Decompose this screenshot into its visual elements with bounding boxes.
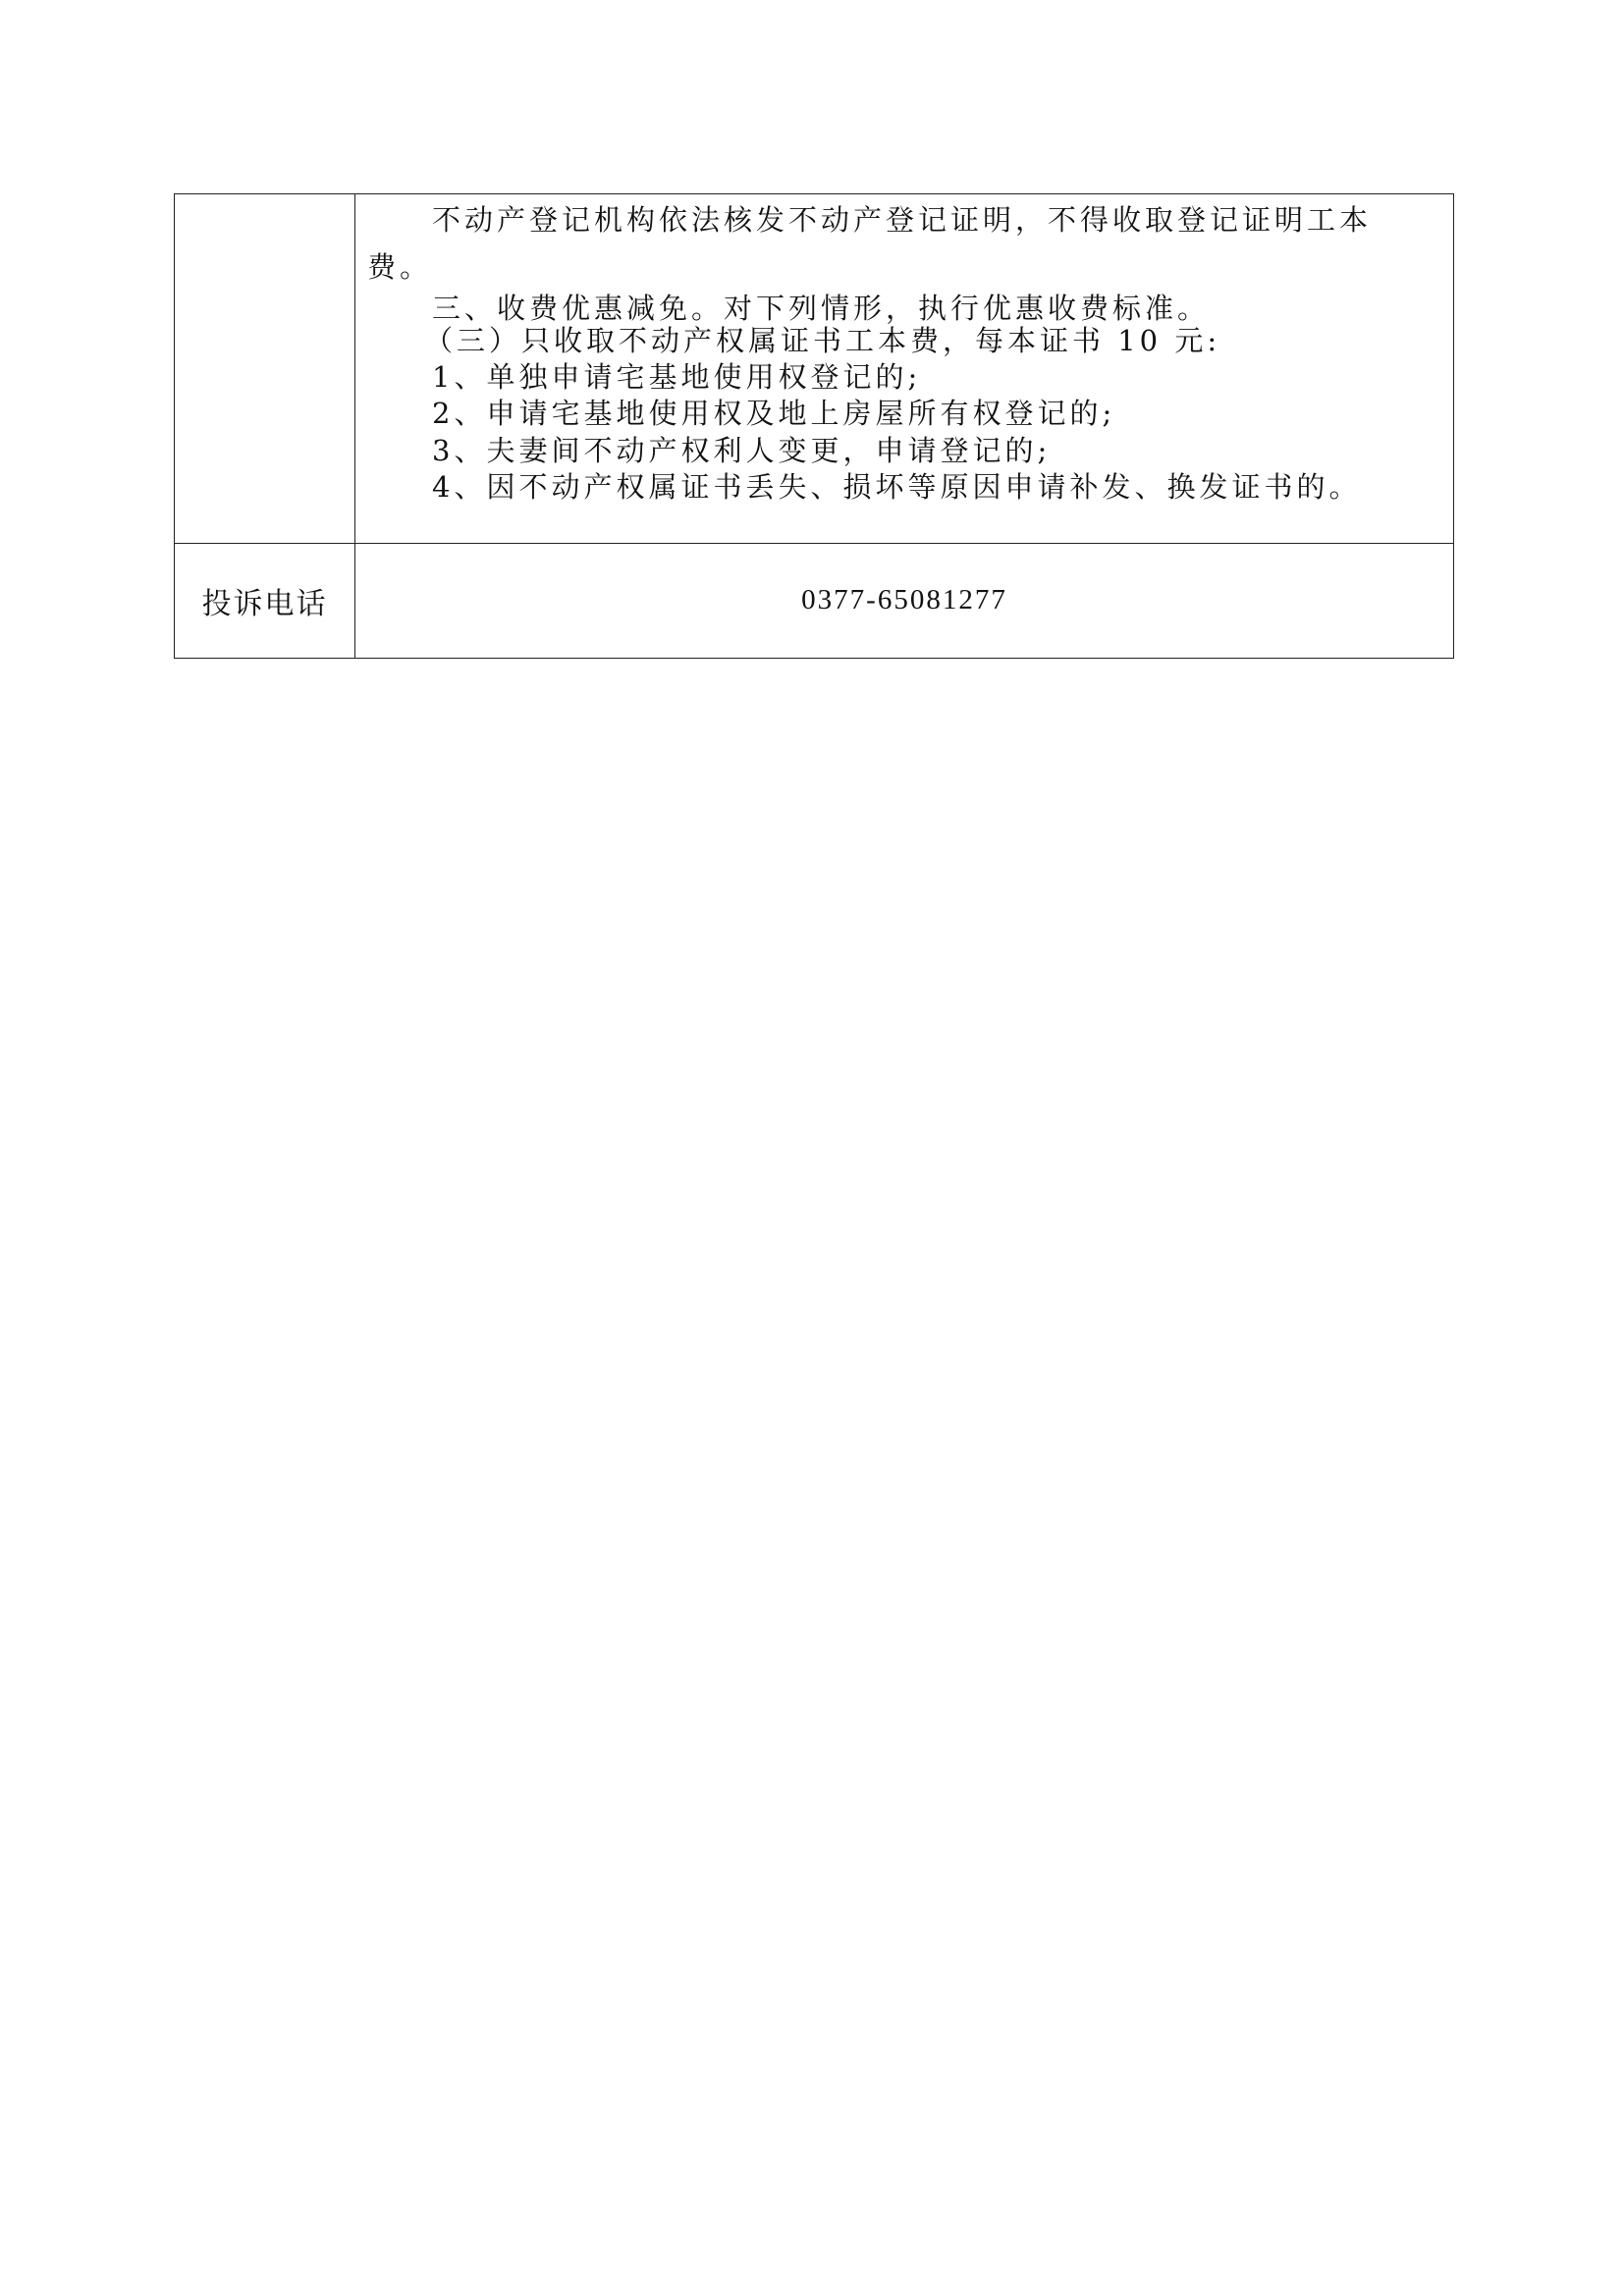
table-row-complaint-phone: 投诉电话 0377-65081277 <box>175 543 1453 658</box>
fee-table: 不动产登记机构依法核发不动产登记证明，不得收取登记证明工本 费。 三、收费优惠减… <box>174 193 1454 659</box>
list-item: 3、夫妻间不动产权利人变更，申请登记的; <box>432 437 1051 465</box>
list-item: 2、申请宅基地使用权及地上房屋所有权登记的; <box>432 400 1115 428</box>
list-item: 4、因不动产权属证书丢失、损坏等原因申请补发、换发证书的。 <box>432 473 1361 502</box>
complaint-phone-number: 0377-65081277 <box>801 584 1007 616</box>
complaint-phone-label: 投诉电话 <box>202 579 328 622</box>
section-heading-discounts: 三、收费优惠减免。对下列情形，执行优惠收费标准。 <box>432 294 1210 323</box>
complaint-phone-label-cell: 投诉电话 <box>175 543 354 658</box>
paragraph-line: 不动产登记机构依法核发不动产登记证明，不得收取登记证明工本 <box>432 206 1372 235</box>
fee-details-cell: 不动产登记机构依法核发不动产登记证明，不得收取登记证明工本 费。 三、收费优惠减… <box>355 194 1453 543</box>
list-item: 1、单独申请宅基地使用权登记的; <box>432 363 921 392</box>
table-row-fee-details: 不动产登记机构依法核发不动产登记证明，不得收取登记证明工本 费。 三、收费优惠减… <box>175 194 1453 544</box>
paragraph-line: 费。 <box>367 253 432 282</box>
subsection-heading: （三）只收取不动产权属证书工本费，每本证书 10 元: <box>424 327 1220 355</box>
complaint-phone-value-cell: 0377-65081277 <box>355 543 1453 658</box>
